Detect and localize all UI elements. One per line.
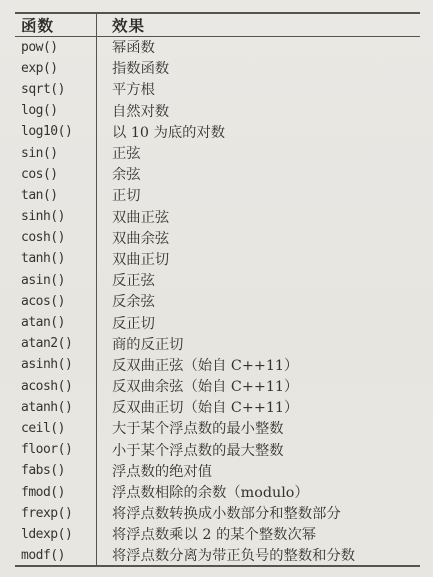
table-row: asinh()反双曲正弦（始自 C++11） bbox=[15, 354, 420, 375]
function-name-cell: acosh() bbox=[15, 376, 97, 397]
function-name-cell: asin() bbox=[15, 270, 97, 291]
table-row: log10()以 10 为底的对数 bbox=[15, 121, 420, 142]
function-name-cell: fabs() bbox=[15, 460, 97, 481]
effect-cell: 小于某个浮点数的最大整数 bbox=[97, 439, 421, 460]
table-row: pow()幂函数 bbox=[15, 37, 420, 58]
effect-cell: 将浮点数转换成小数部分和整数部分 bbox=[97, 503, 421, 524]
math-functions-table: 函数 效果 pow()幂函数exp()指数函数sqrt()平方根log()自然对… bbox=[15, 12, 420, 567]
table-row: fabs()浮点数的绝对值 bbox=[15, 460, 420, 481]
effect-cell: 双曲余弦 bbox=[97, 227, 421, 248]
column-header-effect: 效果 bbox=[97, 13, 421, 37]
function-name-cell: pow() bbox=[15, 37, 97, 58]
table-row: ldexp()将浮点数乘以 2 的某个整数次幂 bbox=[15, 524, 420, 545]
effect-cell: 幂函数 bbox=[97, 37, 421, 58]
effect-cell: 浮点数相除的余数（modulo） bbox=[97, 481, 421, 502]
function-name-cell: floor() bbox=[15, 439, 97, 460]
function-name-cell: cos() bbox=[15, 164, 97, 185]
function-name-cell: sqrt() bbox=[15, 79, 97, 100]
table-row: frexp()将浮点数转换成小数部分和整数部分 bbox=[15, 503, 420, 524]
function-name-cell: sinh() bbox=[15, 206, 97, 227]
effect-cell: 正切 bbox=[97, 185, 421, 206]
function-name-cell: ceil() bbox=[15, 418, 97, 439]
effect-cell: 浮点数的绝对值 bbox=[97, 460, 421, 481]
table-row: acosh()反双曲余弦（始自 C++11） bbox=[15, 376, 420, 397]
table-row: exp()指数函数 bbox=[15, 58, 420, 79]
function-name-cell: cosh() bbox=[15, 227, 97, 248]
effect-cell: 将浮点数乘以 2 的某个整数次幂 bbox=[97, 524, 421, 545]
table-row: sinh()双曲正弦 bbox=[15, 206, 420, 227]
column-header-function: 函数 bbox=[15, 13, 97, 37]
table-row: sqrt()平方根 bbox=[15, 79, 420, 100]
function-name-cell: atan2() bbox=[15, 333, 97, 354]
table-row: cos()余弦 bbox=[15, 164, 420, 185]
effect-cell: 平方根 bbox=[97, 79, 421, 100]
effect-cell: 双曲正弦 bbox=[97, 206, 421, 227]
table-row: floor()小于某个浮点数的最大整数 bbox=[15, 439, 420, 460]
table-row: tan()正切 bbox=[15, 185, 420, 206]
effect-cell: 反双曲正弦（始自 C++11） bbox=[97, 354, 421, 375]
effect-cell: 余弦 bbox=[97, 164, 421, 185]
scanned-page: 函数 效果 pow()幂函数exp()指数函数sqrt()平方根log()自然对… bbox=[0, 0, 433, 577]
effect-cell: 指数函数 bbox=[97, 58, 421, 79]
effect-cell: 自然对数 bbox=[97, 100, 421, 121]
table-row: modf()将浮点数分离为带正负号的整数和分数 bbox=[15, 545, 420, 566]
table-row: tanh()双曲正切 bbox=[15, 248, 420, 269]
effect-cell: 反正弦 bbox=[97, 270, 421, 291]
effect-cell: 正弦 bbox=[97, 142, 421, 163]
effect-cell: 反正切 bbox=[97, 312, 421, 333]
table-row: atan()反正切 bbox=[15, 312, 420, 333]
effect-cell: 以 10 为底的对数 bbox=[97, 121, 421, 142]
function-name-cell: atan() bbox=[15, 312, 97, 333]
table-row: cosh()双曲余弦 bbox=[15, 227, 420, 248]
effect-cell: 将浮点数分离为带正负号的整数和分数 bbox=[97, 545, 421, 566]
function-name-cell: ldexp() bbox=[15, 524, 97, 545]
effect-cell: 大于某个浮点数的最小整数 bbox=[97, 418, 421, 439]
function-name-cell: fmod() bbox=[15, 481, 97, 502]
function-name-cell: log10() bbox=[15, 121, 97, 142]
function-name-cell: modf() bbox=[15, 545, 97, 566]
function-name-cell: atanh() bbox=[15, 397, 97, 418]
table-row: ceil()大于某个浮点数的最小整数 bbox=[15, 418, 420, 439]
table-row: asin()反正弦 bbox=[15, 270, 420, 291]
function-name-cell: acos() bbox=[15, 291, 97, 312]
table-row: atan2()商的反正切 bbox=[15, 333, 420, 354]
function-name-cell: tanh() bbox=[15, 248, 97, 269]
function-name-cell: frexp() bbox=[15, 503, 97, 524]
function-name-cell: log() bbox=[15, 100, 97, 121]
function-name-cell: exp() bbox=[15, 58, 97, 79]
effect-cell: 反双曲正切（始自 C++11） bbox=[97, 397, 421, 418]
function-name-cell: tan() bbox=[15, 185, 97, 206]
effect-cell: 双曲正切 bbox=[97, 248, 421, 269]
effect-cell: 商的反正切 bbox=[97, 333, 421, 354]
effect-cell: 反双曲余弦（始自 C++11） bbox=[97, 376, 421, 397]
effect-cell: 反余弦 bbox=[97, 291, 421, 312]
table-row: sin()正弦 bbox=[15, 142, 420, 163]
header-row: 函数 效果 bbox=[15, 13, 420, 37]
table-row: acos()反余弦 bbox=[15, 291, 420, 312]
table-row: atanh()反双曲正切（始自 C++11） bbox=[15, 397, 420, 418]
function-name-cell: asinh() bbox=[15, 354, 97, 375]
function-name-cell: sin() bbox=[15, 142, 97, 163]
table-row: fmod()浮点数相除的余数（modulo） bbox=[15, 481, 420, 502]
table-row: log()自然对数 bbox=[15, 100, 420, 121]
